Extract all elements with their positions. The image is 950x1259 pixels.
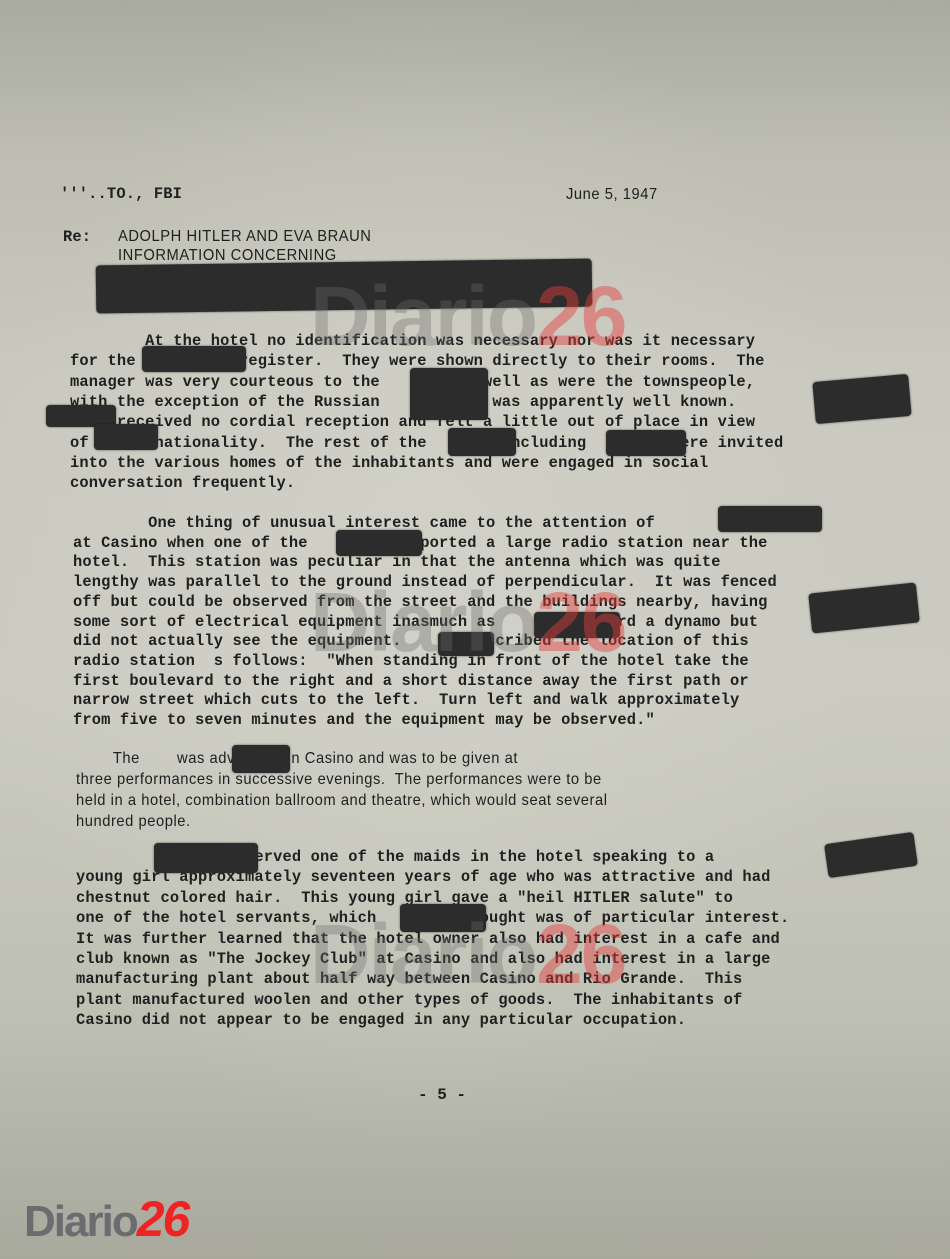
redaction-block (336, 530, 422, 556)
redaction-block (808, 582, 920, 633)
redaction-block (410, 368, 488, 420)
text-line: narrow street which cuts to the left. Tu… (73, 690, 739, 710)
redaction-block (232, 745, 290, 773)
text-line: with the exception of the Russian who wa… (70, 392, 736, 412)
text-line: three performances in successive evening… (76, 770, 602, 790)
text-line: plant manufactured woolen and other type… (76, 990, 742, 1010)
redaction-block (448, 428, 516, 456)
text-line: lengthy was parallel to the ground inste… (73, 572, 777, 592)
redaction-block (824, 832, 918, 878)
redaction-block (400, 904, 486, 932)
text-line: some sort of electrical equipment inasmu… (73, 612, 758, 632)
text-line: off but could be observed from the stree… (73, 592, 768, 612)
redaction-block (606, 430, 686, 456)
redaction-block (142, 346, 246, 372)
text-line: held in a hotel, combination ballroom an… (76, 791, 608, 811)
diario26-logo: Diario26 (24, 1190, 188, 1248)
text-line: from five to seven minutes and the equip… (73, 710, 655, 730)
text-line: first boulevard to the right and a short… (73, 671, 749, 691)
redaction-block (154, 843, 258, 873)
text-line: club known as "The Jockey Club" at Casin… (76, 949, 771, 969)
text-line: hundred people. (76, 812, 191, 832)
redaction-block (96, 259, 593, 314)
redaction-block (438, 632, 494, 656)
redaction-block (94, 424, 158, 450)
text-line: radio station s follows: "When standing … (73, 651, 749, 671)
page-number: - 5 - (418, 1086, 466, 1104)
subject-line-1: ADOLPH HITLER AND EVA BRAUN (118, 227, 371, 247)
text-line: The was advertised in Casino and was to … (76, 749, 518, 769)
document-date: June 5, 1947 (566, 185, 658, 205)
document-page: '''..TO., FBI June 5, 1947 Re: ADOLPH HI… (0, 0, 950, 1259)
redaction-block (718, 506, 822, 532)
text-line: conversation frequently. (70, 473, 295, 493)
redaction-block (812, 374, 911, 424)
text-line: did not actually see the equipment. desc… (73, 631, 749, 651)
header-from: '''..TO., FBI (60, 184, 182, 204)
text-line: Casino did not appear to be engaged in a… (76, 1010, 686, 1030)
re-label: Re: (63, 227, 91, 247)
redaction-block (534, 612, 620, 638)
text-line: manufacturing plant about half way betwe… (76, 969, 742, 989)
